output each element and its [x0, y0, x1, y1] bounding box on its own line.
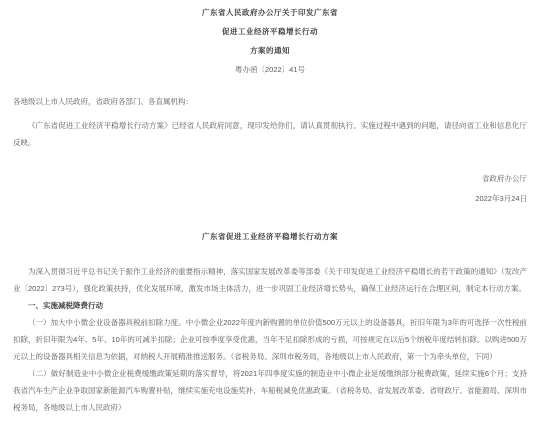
plan-item-1: （一）加大中小微企业设备器具税前扣除力度。中小微企业2022年度内新购置的单位价…: [13, 314, 527, 365]
section-heading-1: 一、实施减税降费行动: [13, 297, 527, 314]
notice-title-line-1: 广东省人民政府办公厅关于印发广东省: [13, 4, 527, 21]
notice-title-line-3: 方案的通知: [13, 42, 527, 59]
signature-date: 2022年3月24日: [13, 190, 527, 207]
plan-intro-paragraph: 为深入贯彻习近平总书记关于振作工业经济的重要指示精神，落实国家发展改革委等部委《…: [13, 263, 527, 297]
plan-title: 广东省促进工业经济平稳增长行动方案: [13, 228, 527, 245]
notice-title-line-2: 促进工业经济平稳增长行动: [13, 23, 527, 40]
plan-item-2: （二）做好制造业中小微企业税费缓缴政策延期的落实督导，将2021年四季度实施的制…: [13, 365, 527, 416]
doc-number: 粤办函〔2022〕41号: [13, 61, 527, 78]
salutation: 各地级以上市人民政府，省政府各部门、各直属机构：: [13, 93, 527, 110]
document-page: 广东省人民政府办公厅关于印发广东省 促进工业经济平稳增长行动 方案的通知 粤办函…: [0, 0, 540, 427]
notice-body-paragraph: 《广东省促进工业经济平稳增长行动方案》已经省人民政府同意，现印发给你们，请认真贯…: [13, 117, 527, 151]
signature-signer: 省政府办公厅: [13, 170, 527, 187]
